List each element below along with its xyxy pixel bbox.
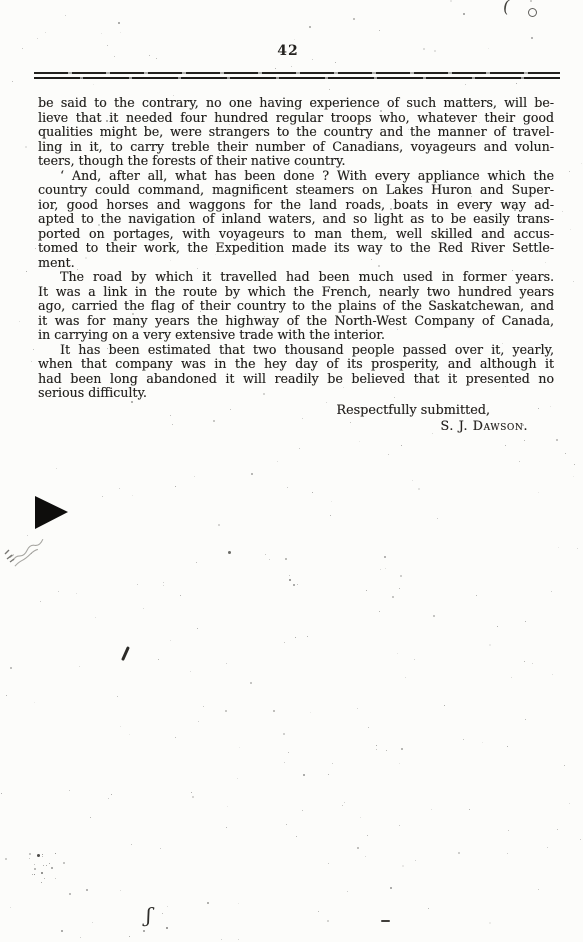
text-line: ment. <box>38 256 554 271</box>
slash-artifact <box>121 646 129 661</box>
text-line: ling in it, to carry treble their number… <box>38 140 554 155</box>
text-line: ‘ And, after all, what has been done ? W… <box>38 169 554 184</box>
text-line: ior, good horses and waggons for the lan… <box>38 198 554 213</box>
text-line: The road by which it travelled had been … <box>38 270 554 285</box>
text-line: tomed to their work, the Expedition made… <box>38 241 554 256</box>
text-line: apted to the navigation of inland waters… <box>38 212 554 227</box>
signature: S. J. Dawson. <box>38 419 554 434</box>
double-rule <box>34 72 560 80</box>
text-line: ago, carried the flag of their country t… <box>38 299 554 314</box>
rule-bottom-line <box>34 77 560 79</box>
ring-artifact <box>528 8 537 17</box>
text-line: teers, though the forests of their nativ… <box>38 154 554 169</box>
handwriting-artifact <box>2 520 64 568</box>
body-text: be said to the contrary, no one having e… <box>38 96 554 401</box>
text-line: qualities might be, were strangers to th… <box>38 125 554 140</box>
text-line: it was for many years the highway of the… <box>38 314 554 329</box>
curve-artifact: ʃ <box>146 903 151 927</box>
text-line: when that company was in the hey day of … <box>38 357 554 372</box>
text-line: It was a link in the route by which the … <box>38 285 554 300</box>
closing-line: Respectfully submitted, <box>38 403 554 418</box>
text-line: in carrying on a very extensive trade wi… <box>38 328 554 343</box>
text-line: serious difficulty. <box>38 386 554 401</box>
text-line: be said to the contrary, no one having e… <box>38 96 554 111</box>
text-line: country could command, magnificent steam… <box>38 183 554 198</box>
text-line: had been long abandoned it will readily … <box>38 372 554 387</box>
text-line: It has been estimated that two thousand … <box>38 343 554 358</box>
rule-top-line <box>34 72 560 74</box>
paren-artifact: ( <box>501 0 511 17</box>
text-line: lieve that it needed four hundred regula… <box>38 111 554 126</box>
closing-block: Respectfully submitted, S. J. Dawson. <box>38 403 554 434</box>
text-line: ported on portages, with voyageurs to ma… <box>38 227 554 242</box>
scanned-page: ( 42 be said to the contrary, no one hav… <box>0 0 583 942</box>
page-number: 42 <box>0 43 576 59</box>
dash-artifact <box>381 920 390 922</box>
